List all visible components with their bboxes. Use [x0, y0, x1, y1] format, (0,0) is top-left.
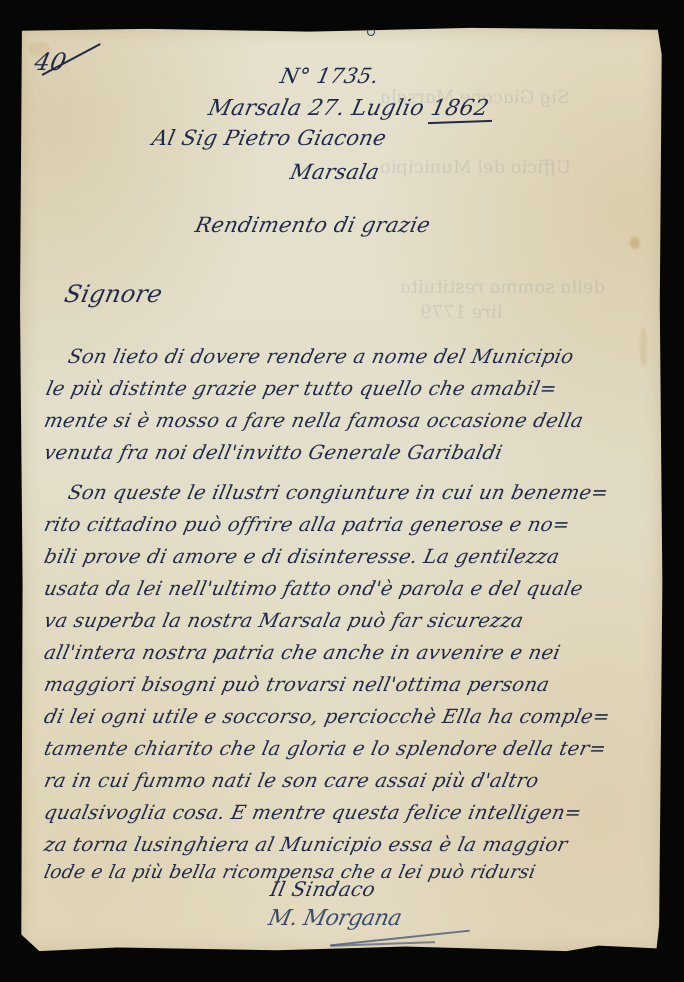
- body-line: maggiori bisogni può trovarsi nell'ottim…: [42, 673, 552, 696]
- closing-title: Il Sindaco: [268, 877, 378, 901]
- signature: M. Morgana: [266, 906, 404, 931]
- body-line: tamente chiarito che la gloria e lo sple…: [42, 737, 608, 760]
- body-line: Son queste le illustri congiunture in cu…: [66, 481, 611, 504]
- protocol-number: N° 1735.: [278, 64, 381, 88]
- letter-subject: Rendimento di grazie: [193, 213, 433, 237]
- body-line: usata da lei nell'ultimo fatto ond'è par…: [42, 577, 585, 600]
- body-line: qualsivoglia cosa. E mentre questa felic…: [42, 801, 584, 824]
- top-ink-mark: [367, 28, 375, 36]
- body-line: bili prove di amore e di disinteresse. L…: [42, 545, 562, 568]
- body-line: Son lieto di dovere rendere a nome del M…: [66, 345, 576, 368]
- salutation: Signore: [62, 280, 165, 308]
- paper-stain: [630, 237, 640, 249]
- paper-stain: [640, 327, 647, 367]
- bleed-through-text: della somma restituita: [398, 277, 607, 298]
- body-line: va superba la nostra Marsala può far sic…: [42, 609, 526, 632]
- body-line: mente si è mosso a fare nella famosa occ…: [42, 409, 586, 432]
- bleed-through-text: Ufficio del Municipio: [378, 157, 573, 178]
- addressee-place: Marsala: [288, 160, 382, 184]
- body-line: all'intera nostra patria che anche in av…: [42, 641, 563, 664]
- body-line: rito cittadino può offrire alla patria g…: [42, 513, 572, 536]
- dateline: Marsala 27. Luglio 1862: [206, 96, 491, 121]
- body-line: di lei ogni utile e soccorso, perciocchè…: [42, 705, 612, 728]
- bleed-through-text: lire 1779: [418, 302, 504, 323]
- scan-background: Sig Giacone Marsala Ufficio del Municipi…: [0, 0, 684, 982]
- body-line: venuta fra noi dell'invitto Generale Gar…: [42, 441, 505, 464]
- body-line: za torna lusinghiera al Municipio essa è…: [42, 833, 570, 856]
- body-line: ra in cui fummo nati le son care assai p…: [42, 769, 541, 792]
- addressee: Al Sig Pietro Giacone: [150, 126, 389, 150]
- body-line: le più distinte grazie per tutto quello …: [44, 377, 559, 400]
